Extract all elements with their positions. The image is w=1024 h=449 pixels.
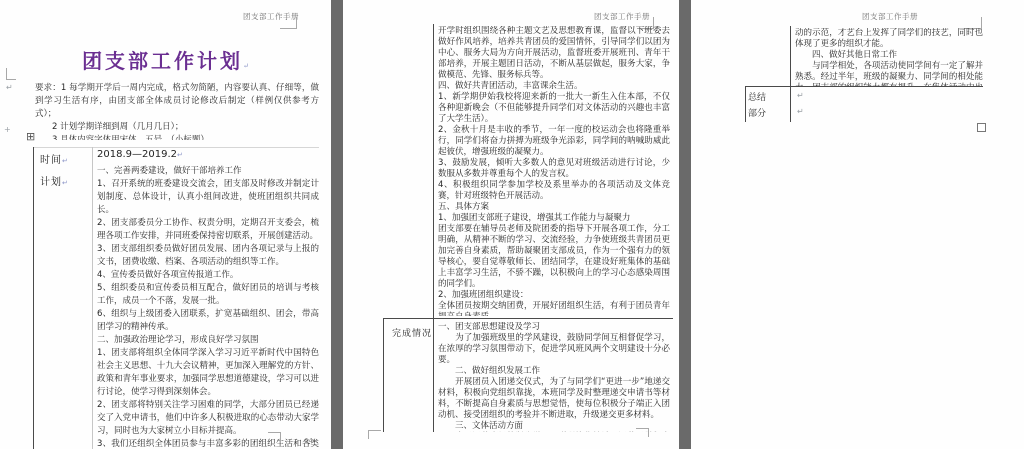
time-label-pilcrow: ↵ (62, 157, 68, 165)
page1-top-right-margin-mark (280, 17, 297, 29)
page-gap-band-2 (679, 0, 691, 449)
page1-left-plus-mark: + (4, 126, 11, 134)
table-resize-handle[interactable] (977, 123, 986, 132)
table1-border-top (33, 147, 319, 148)
plan-cell-continued-text: 开学时组织围绕各种主题文艺及思想教育课，监督以下班委去做好作风培养，培养共青团员… (438, 26, 670, 316)
status-cell-text: 一、团支部思想建设及学习 为了加强班级里的学风建设，鼓励同学间互相督促学习，在浓… (438, 322, 670, 432)
document-page-2: 团支部工作手册 开学时组织围绕各种主题文艺及思想教育课，监督以下班委去做好作风培… (343, 0, 679, 449)
time-label-text: 时间 (40, 155, 62, 166)
plan-cell-text: 一、完善两委建设，做好干部培养工作 1、召开系统的班委建设交流会，团支部及时修改… (97, 165, 319, 449)
title-pilcrow: ↵ (243, 62, 249, 70)
table-move-handle-icon[interactable]: ⊞ (26, 131, 35, 142)
status-row-label: 完成情况 (392, 326, 432, 339)
page-title: 团支部工作计划↵ (0, 45, 331, 74)
summary-row-border-top (745, 86, 983, 87)
word-multipage-view: 团支部工作手册 ↵ + 团支部工作计划↵ 要求：1 每学期开学后一周内完成，格式… (0, 0, 1024, 449)
page-title-text: 团支部工作计划 (82, 49, 243, 73)
status-row-border-left (383, 318, 384, 432)
summary-cell-pilcrow-2: ↵ (797, 108, 804, 116)
time-value: 2018.9—2019.2↵ (97, 149, 183, 160)
summary-row-label: 总结部分 (748, 90, 770, 122)
time-value-text: 2018.9—2019.2 (97, 149, 177, 160)
table2-column-divider (433, 24, 434, 432)
page1-bottom-right-margin-mark (268, 432, 281, 441)
table1-border-left (33, 147, 34, 449)
page2-bottom-right-margin-mark (636, 428, 649, 437)
time-value-pilcrow: ↵ (177, 151, 183, 159)
summary-cell-pilcrow-1: ↵ (797, 92, 804, 100)
summary-row-border-left (745, 86, 746, 122)
document-page-3: 团支部工作手册 动的示范，才艺台上发挥了同学们的技艺，同时也体现了更多的组织才能… (691, 0, 1024, 449)
table3-column-divider (790, 26, 791, 122)
document-page-1: 团支部工作手册 ↵ + 团支部工作计划↵ 要求：1 每学期开学后一周内完成，格式… (0, 0, 331, 449)
page-gap-band-1 (331, 0, 343, 449)
requirements-paragraph: 要求：1 每学期开学后一周内完成，格式勿简陋，内容要认真、仔细等，做到学习生活有… (35, 82, 319, 140)
page1-left-pilcrow-mark: ↵ (6, 84, 13, 92)
page1-footer-page-number: 44 (304, 437, 313, 445)
plan-label-text: 计划 (40, 177, 62, 188)
page2-bottom-left-margin-mark (368, 430, 381, 439)
plan-label-pilcrow: ↵ (62, 179, 68, 187)
page3-header-text: 团支部工作手册 (862, 11, 918, 22)
plan-row-label: 计划↵ (40, 173, 68, 188)
table1-column-divider (92, 147, 93, 449)
time-row-label: 时间↵ (40, 151, 68, 166)
status-row-border-top (383, 318, 673, 319)
status-cell-continued-text: 动的示范，才艺台上发挥了同学们的技艺，同时也体现了更多的组织才能。 四、做好其他… (795, 28, 983, 86)
